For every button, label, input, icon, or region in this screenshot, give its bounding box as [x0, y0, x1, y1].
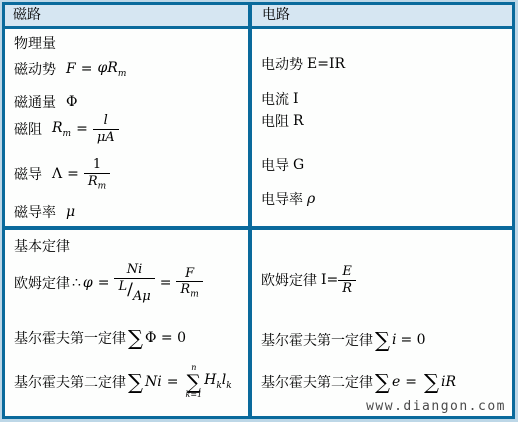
electric-k2-eq: =	[405, 374, 417, 390]
permeance-denominator: Rm	[84, 174, 110, 192]
row-electric-ohm: 欧姆定律 I= E R	[261, 264, 356, 296]
mmf-R-sub: m	[118, 68, 127, 78]
electric-ohm-numerator: E	[338, 264, 356, 281]
magnetic-ohm-fraction1: Ni L/Aμ	[114, 262, 154, 304]
current-label: 电流	[261, 89, 289, 109]
laws-title: 基本定律	[14, 236, 70, 256]
electric-k1-rest: = 0	[400, 332, 425, 348]
magnetic-ohm-denominator2: Rm	[176, 282, 202, 300]
row-reluctance: 磁阻 Rm = l μA	[14, 113, 119, 145]
row-permeance: 磁导 Λ = 1 Rm	[14, 157, 110, 192]
cell-electric-quantities: 电动势 E=IR 电流 I 电阻 R 电导 G 电导率 ρ	[252, 29, 512, 226]
quantities-title-text: 物理量	[14, 33, 56, 53]
permeance-den-sub: m	[98, 181, 107, 191]
magnetic-ohm-numerator2: F	[176, 266, 202, 283]
conductance-symbol: G	[293, 157, 304, 173]
row-mmf: 磁动势 F = φRm	[14, 59, 126, 79]
table-header-row: 磁路 电路	[5, 5, 512, 29]
magnetic-k2-eq: =	[167, 374, 179, 390]
mmf-rhs: φRm	[97, 60, 126, 79]
row-flux: 磁通量 Φ	[14, 92, 77, 112]
mmf-R: R	[107, 60, 118, 76]
mmf-label: 磁动势	[14, 59, 56, 79]
section-quantities: 物理量 磁动势 F = φRm 磁通量 Φ 磁阻 Rm = l μA	[5, 29, 512, 230]
magnetic-k2-rhs: Hklk	[204, 372, 232, 391]
magnetic-ohm-eq2: =	[160, 275, 172, 291]
permeance-den-R: R	[88, 174, 98, 189]
electric-k2-rhs: iR	[441, 374, 456, 390]
row-magnetic-ohm: 欧姆定律 ∴ φ = Ni L/Aμ = F Rm	[14, 262, 203, 304]
row-magnetic-kirchhoff1: 基尔霍夫第一定律 ∑ Φ = 0	[14, 326, 186, 350]
magnetic-ohm-fraction2: F Rm	[176, 266, 202, 301]
electric-ohm-denominator: R	[338, 281, 356, 297]
magnetic-ohm-eq1: =	[98, 275, 110, 291]
electric-ohm-label: 欧姆定律	[261, 270, 317, 290]
ohm-den2-sub: m	[190, 290, 199, 300]
conductance-label: 电导	[261, 155, 289, 175]
reluctance-denominator: μA	[93, 130, 119, 146]
electric-ohm-lhs: I=	[321, 272, 338, 288]
watermark-text: www.diangon.com	[366, 399, 506, 414]
row-magnetic-kirchhoff2: 基尔霍夫第二定律 ∑ Ni = n ∑ k=1 Hklk	[14, 364, 232, 400]
ohm-den2-R: R	[180, 282, 190, 297]
quantities-title: 物理量	[14, 33, 56, 53]
k2-H: H	[204, 372, 216, 388]
sum-glyph: ∑	[187, 373, 201, 391]
emf-expr: E=IR	[307, 56, 345, 72]
resistance-label: 电阻	[261, 111, 289, 131]
therefore-symbol: ∴	[72, 275, 81, 291]
flux-symbol: Φ	[66, 94, 77, 110]
cell-magnetic-laws: 基本定律 欧姆定律 ∴ φ = Ni L/Aμ = F Rm 基尔霍夫第一定律	[5, 230, 252, 416]
permeability-label: 磁导率	[14, 202, 56, 222]
electric-k2-sum: ∑	[375, 370, 390, 394]
row-conductance: 电导 G	[261, 155, 304, 175]
reluctance-lhs: Rm	[52, 120, 71, 139]
reluctance-R: R	[52, 120, 63, 136]
electric-k1-sum: ∑	[375, 328, 390, 352]
magnetic-ohm-phi: φ	[83, 275, 93, 291]
electric-k2-sum2: ∑	[424, 370, 439, 394]
magnetic-k2-label: 基尔霍夫第二定律	[14, 372, 126, 392]
magnetic-ohm-numerator: Ni	[114, 262, 154, 279]
header-electric-circuit: 电路	[252, 5, 512, 26]
permeance-numerator: 1	[84, 157, 110, 174]
permeance-fraction: 1 Rm	[84, 157, 110, 192]
section-laws: 基本定律 欧姆定律 ∴ φ = Ni L/Aμ = F Rm 基尔霍夫第一定律	[5, 230, 512, 416]
flux-label: 磁通量	[14, 92, 56, 112]
electric-k1-sym: i	[392, 332, 396, 348]
mmf-phi: φ	[97, 60, 107, 76]
cell-magnetic-quantities: 物理量 磁动势 F = φRm 磁通量 Φ 磁阻 Rm = l μA	[5, 29, 252, 226]
reluctance-eq: =	[76, 121, 88, 137]
mmf-lhs: F	[66, 61, 76, 77]
magnetic-k1-expr: Φ = 0	[145, 330, 186, 346]
magnetic-k2-lhs: Ni	[145, 374, 162, 390]
conductivity-symbol: ρ	[307, 191, 315, 207]
magnetic-ohm-denominator: L/Aμ	[114, 279, 154, 305]
magnetic-ohm-label: 欧姆定律	[14, 273, 70, 293]
conductivity-label: 电导率	[261, 189, 303, 209]
magnetic-k2-sum: ∑	[128, 370, 143, 394]
reluctance-fraction: l μA	[93, 113, 119, 145]
row-electric-kirchhoff1: 基尔霍夫第一定律 ∑ i = 0	[261, 328, 431, 352]
current-symbol: I	[293, 91, 299, 107]
row-resistance: 电阻 R	[261, 111, 304, 131]
row-permeability: 磁导率 μ	[14, 202, 75, 222]
permeance-symbol: Λ	[52, 166, 62, 182]
permeance-eq: =	[67, 166, 79, 182]
electric-k2-lhs: e	[392, 374, 400, 390]
row-emf: 电动势 E=IR	[261, 54, 345, 74]
electric-k1-label: 基尔霍夫第一定律	[261, 330, 373, 350]
reluctance-numerator: l	[93, 113, 119, 130]
ohm-den-L: L	[118, 279, 127, 294]
ohm-den-Amu: Aμ	[133, 289, 151, 304]
header-magnetic-circuit: 磁路	[5, 5, 252, 26]
permeability-symbol: μ	[66, 204, 75, 220]
k2-l-sub: k	[226, 381, 231, 391]
row-conductivity: 电导率 ρ	[261, 189, 315, 209]
electric-k2-label: 基尔霍夫第二定律	[261, 372, 373, 392]
row-current: 电流 I	[261, 89, 299, 109]
laws-title-text: 基本定律	[14, 236, 70, 256]
resistance-symbol: R	[293, 113, 304, 129]
magnetic-k1-sum: ∑	[128, 326, 143, 350]
comparison-table: 磁路 电路 物理量 磁动势 F = φRm 磁通量 Φ 磁阻 Rm =	[2, 2, 515, 419]
magnetic-k2-sum-with-limits: n ∑ k=1	[185, 364, 202, 400]
cell-electric-laws: 欧姆定律 I= E R 基尔霍夫第一定律 ∑ i = 0 基尔霍夫第二定律 ∑ …	[252, 230, 512, 416]
permeance-label: 磁导	[14, 164, 42, 184]
magnetic-k1-label: 基尔霍夫第一定律	[14, 328, 126, 348]
sum-lower-limit: k=1	[185, 391, 202, 400]
reluctance-label: 磁阻	[14, 119, 42, 139]
mmf-eq: =	[81, 61, 93, 77]
electric-ohm-fraction: E R	[338, 264, 356, 296]
emf-label: 电动势	[261, 54, 303, 74]
row-electric-kirchhoff2: 基尔霍夫第二定律 ∑ e = ∑ iR	[261, 370, 456, 394]
reluctance-R-sub: m	[63, 128, 72, 138]
